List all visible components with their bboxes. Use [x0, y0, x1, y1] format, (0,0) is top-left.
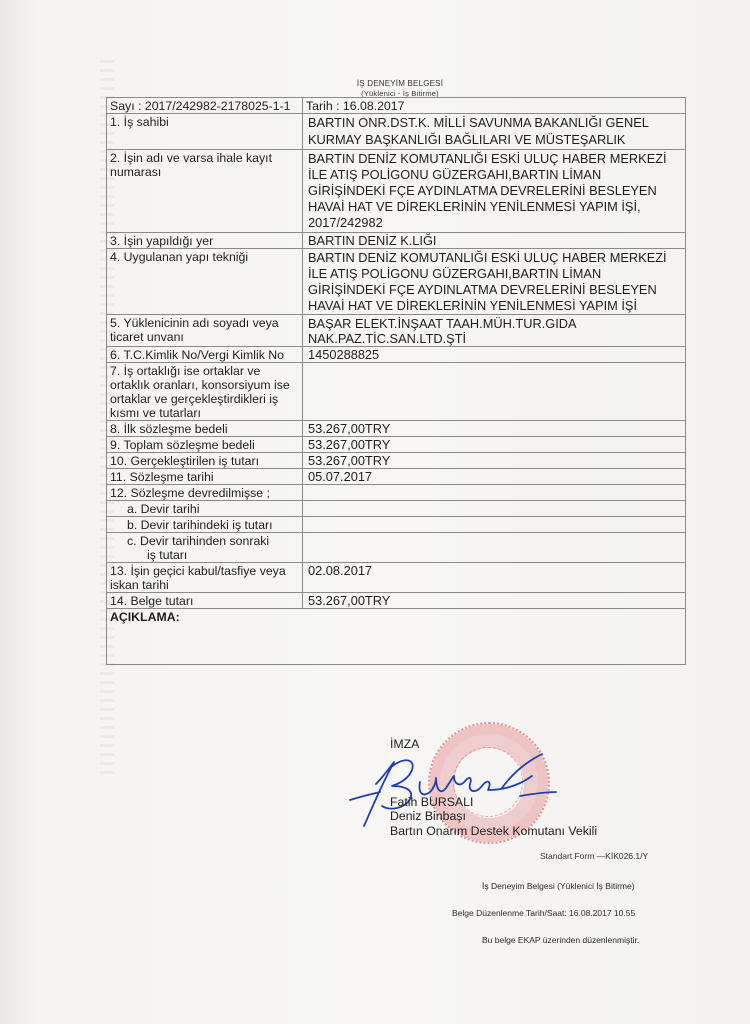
- row-label: 13. İşin geçici kabul/tasfiye veya iskan…: [107, 563, 303, 593]
- row-label: 14. Belge tutarı: [107, 593, 303, 609]
- document-title: İŞ DENEYİM BELGESİ: [0, 79, 750, 88]
- tarih-cell: Tarih : 16.08.2017: [303, 98, 686, 114]
- row-value: 53.267,00TRY: [303, 421, 686, 437]
- signer-rank: Deniz Binbaşı: [390, 809, 597, 824]
- footer-doc-type: İş Deneyim Belgesi (Yüklenici İş Bitirme…: [482, 881, 635, 891]
- row-label-line2: iş tutarı: [127, 548, 299, 562]
- standard-form-code: Standart Form —KİK026.1/Y: [540, 851, 648, 861]
- row-label: 3. İşin yapıldığı yer: [107, 232, 303, 248]
- row-value: [303, 533, 686, 563]
- aciklama-label: AÇIKLAMA:: [107, 609, 686, 665]
- table-row: 12. Sözleşme devredilmişse ;: [107, 485, 686, 501]
- row-value: BARTIN DENİZ KOMUTANLIĞI ESKİ ULUÇ HABER…: [303, 149, 686, 232]
- table-row: 3. İşin yapıldığı yer BARTIN DENİZ K.LIĞ…: [107, 232, 686, 248]
- row-label: 11. Sözleşme tarihi: [107, 469, 303, 485]
- row-label: 10. Gerçekleştirilen iş tutarı: [107, 453, 303, 469]
- table-row: 1. İş sahibi BARTIN ONR.DST.K. MİLLİ SAV…: [107, 114, 686, 150]
- table-row: 13. İşin geçici kabul/tasfiye veya iskan…: [107, 563, 686, 593]
- row-value: 05.07.2017: [303, 469, 686, 485]
- row-label: 6. T.C.Kimlik No/Vergi Kimlik No: [107, 347, 303, 363]
- header-row: Sayı : 2017/242982-2178025-1-1 Tarih : 1…: [107, 98, 686, 114]
- table-row: 8. İlk sözleşme bedeli 53.267,00TRY: [107, 421, 686, 437]
- experience-certificate-table: Sayı : 2017/242982-2178025-1-1 Tarih : 1…: [106, 97, 686, 665]
- row-label: 8. İlk sözleşme bedeli: [107, 421, 303, 437]
- signer-position: Bartın Onarım Destek Komutanı Vekili: [390, 824, 597, 839]
- row-value: 53.267,00TRY: [303, 437, 686, 453]
- table-row: 2. İşin adı ve varsa ihale kayıt numaras…: [107, 149, 686, 232]
- table-row: c. Devir tarihinden sonraki iş tutarı: [107, 533, 686, 563]
- signature-block: İMZA Fatih BURSALI Deniz Binbaşı Bartın …: [390, 737, 597, 838]
- row-value: 53.267,00TRY: [303, 453, 686, 469]
- row-label-line1: c. Devir tarihinden sonraki: [127, 534, 269, 548]
- row-value: BAŞAR ELEKT.İNŞAAT TAAH.MÜH.TUR.GIDA NAK…: [303, 315, 686, 347]
- signer-name: Fatih BURSALI: [390, 795, 597, 810]
- row-label: c. Devir tarihinden sonraki iş tutarı: [107, 533, 303, 563]
- row-label: 7. İş ortaklığı ise ortaklar ve ortaklık…: [107, 363, 303, 421]
- table-row: 11. Sözleşme tarihi 05.07.2017: [107, 469, 686, 485]
- table-row: a. Devir tarihi: [107, 501, 686, 517]
- row-label: 9. Toplam sözleşme bedeli: [107, 437, 303, 453]
- row-label: a. Devir tarihi: [107, 501, 303, 517]
- row-label: b. Devir tarihindeki iş tutarı: [107, 517, 303, 533]
- row-value: BARTIN DENİZ K.LIĞI: [303, 232, 686, 248]
- row-value: [303, 517, 686, 533]
- row-value: 53.267,00TRY: [303, 593, 686, 609]
- table-row: 4. Uygulanan yapı tekniği BARTIN DENİZ K…: [107, 248, 686, 315]
- row-value: BARTIN ONR.DST.K. MİLLİ SAVUNMA BAKANLIĞ…: [303, 114, 686, 150]
- row-value: [303, 501, 686, 517]
- footer-issued-at: Belge Düzenlenme Tarih/Saat: 16.08.2017 …: [452, 908, 635, 918]
- row-label: 12. Sözleşme devredilmişse ;: [107, 485, 303, 501]
- sayi-cell: Sayı : 2017/242982-2178025-1-1: [107, 98, 303, 114]
- table-row: 6. T.C.Kimlik No/Vergi Kimlik No 1450288…: [107, 347, 686, 363]
- row-value: 1450288825: [303, 347, 686, 363]
- aciklama-row: AÇIKLAMA:: [107, 609, 686, 665]
- footer-ekap-note: Bu belge EKAP üzerinden düzenlenmiştir.: [482, 935, 639, 945]
- row-value: BARTIN DENİZ KOMUTANLIĞI ESKİ ULUÇ HABER…: [303, 248, 686, 315]
- table-row: 5. Yüklenicinin adı soyadı veya ticaret …: [107, 315, 686, 347]
- table-row: 7. İş ortaklığı ise ortaklar ve ortaklık…: [107, 363, 686, 421]
- table-row: 10. Gerçekleştirilen iş tutarı 53.267,00…: [107, 453, 686, 469]
- row-value: [303, 363, 686, 421]
- row-value: 02.08.2017: [303, 563, 686, 593]
- row-label: 4. Uygulanan yapı tekniği: [107, 248, 303, 315]
- row-value: [303, 485, 686, 501]
- table-row: b. Devir tarihindeki iş tutarı: [107, 517, 686, 533]
- imza-label: İMZA: [390, 737, 597, 752]
- table-row: 9. Toplam sözleşme bedeli 53.267,00TRY: [107, 437, 686, 453]
- table-row: 14. Belge tutarı 53.267,00TRY: [107, 593, 686, 609]
- row-label: 2. İşin adı ve varsa ihale kayıt numaras…: [107, 149, 303, 232]
- row-label: 5. Yüklenicinin adı soyadı veya ticaret …: [107, 315, 303, 347]
- row-label: 1. İş sahibi: [107, 114, 303, 150]
